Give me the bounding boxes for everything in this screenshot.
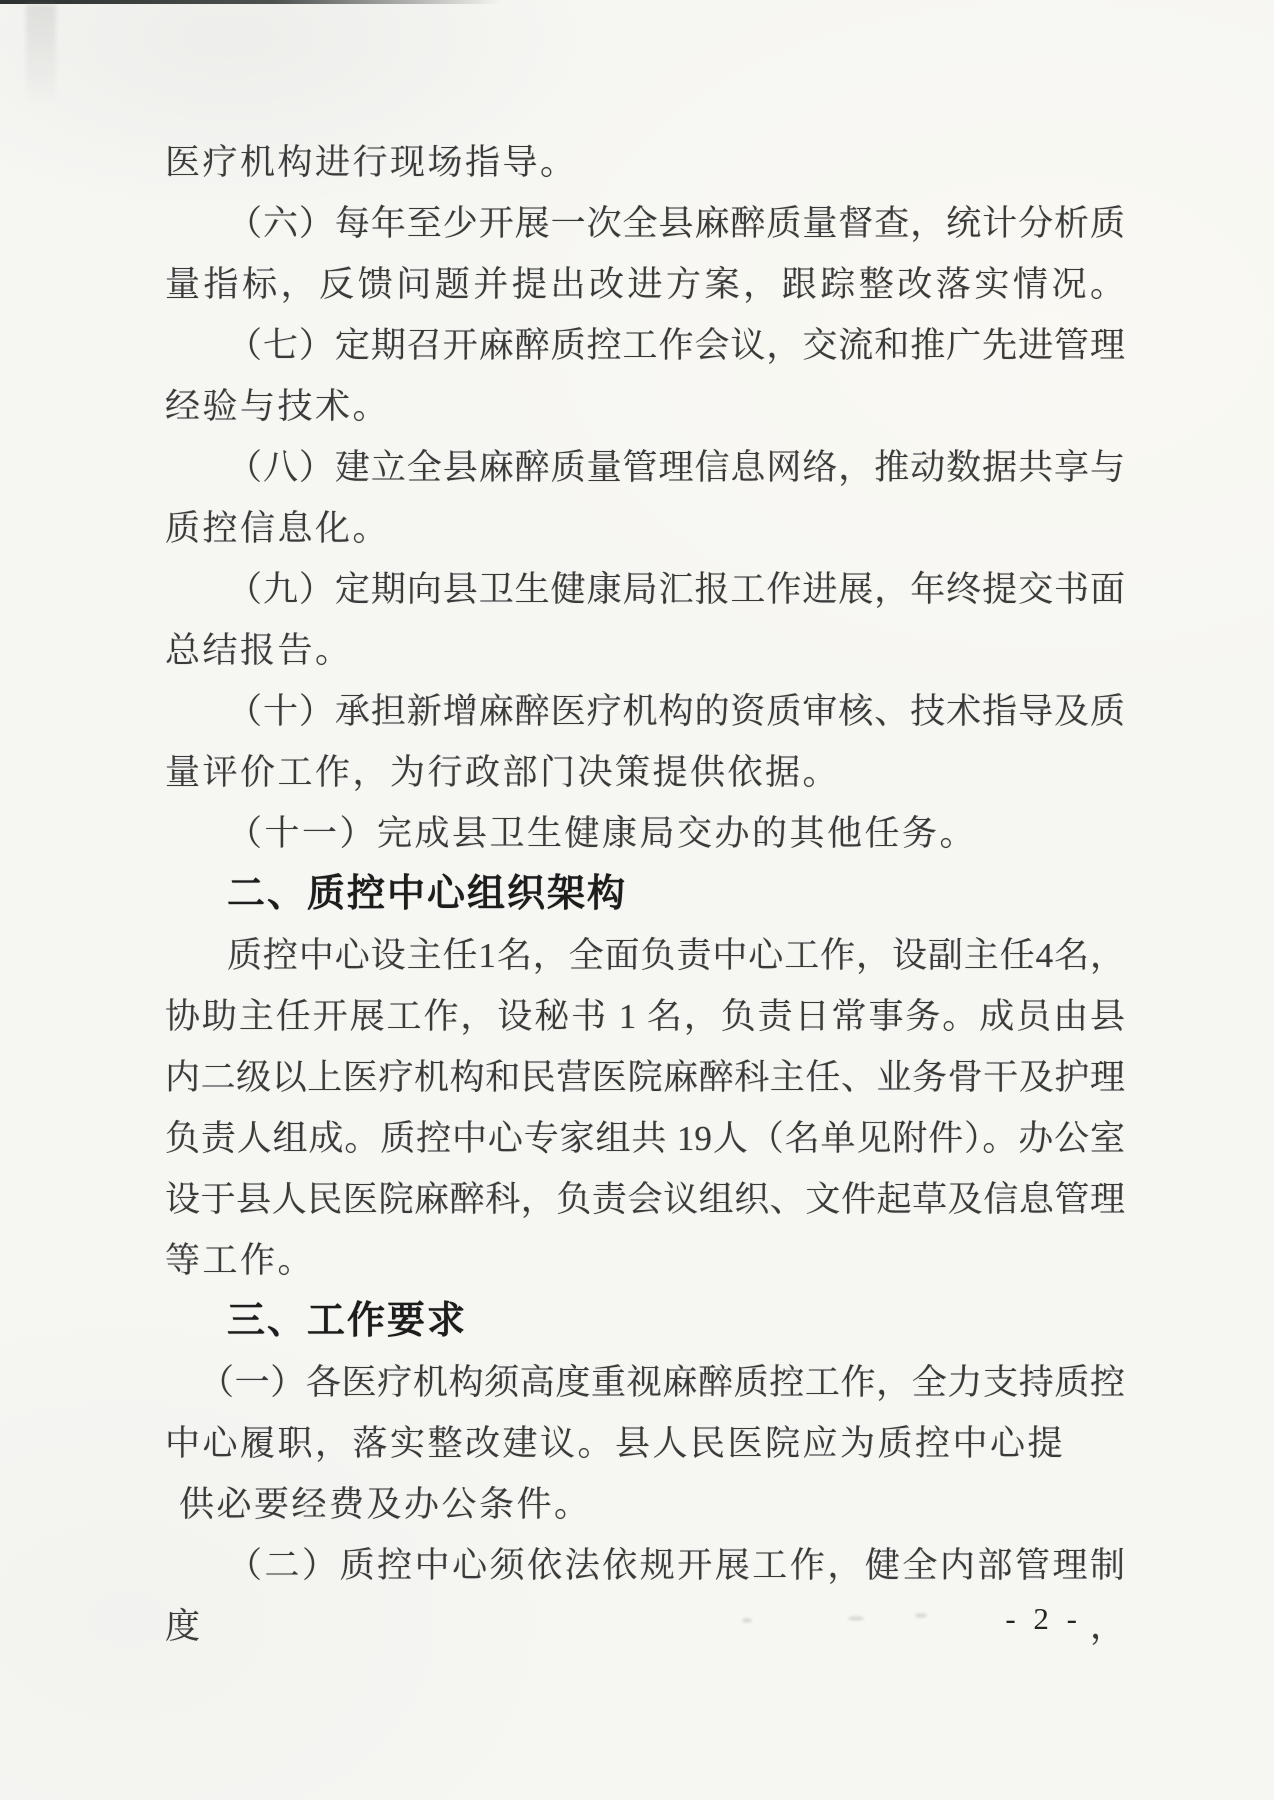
paragraph-line: （二）质控中心须依法依规开展工作，健全内部管理制度，	[165, 1535, 1125, 1596]
page-number: - 2 -	[1005, 1601, 1082, 1637]
paragraph-line: （十一）完成县卫生健康局交办的其他任务。	[165, 803, 1125, 864]
paragraph-line: （十）承担新增麻醉医疗机构的资质审核、技术指导及质	[165, 681, 1125, 742]
paragraph-line: 设于县人民医院麻醉科，负责会议组织、文件起草及信息管理	[165, 1169, 1125, 1230]
scanned-document-page: { "colors": { "paper": "#f6f6f3", "ink":…	[0, 0, 1274, 1800]
paragraph-line: 中心履职，落实整改建议。县人民医院应为质控中心提	[165, 1413, 1125, 1474]
scan-smudge-artifact	[26, 4, 56, 124]
paragraph-line: 总结报告。	[165, 620, 1125, 681]
paragraph-line: 医疗机构进行现场指导。	[165, 132, 1125, 193]
document-text-block: 医疗机构进行现场指导。 （六）每年至少开展一次全县麻醉质量督查，统计分析质 量指…	[165, 132, 1125, 1596]
paragraph-line: （一）各医疗机构须高度重视麻醉质控工作，全力支持质控	[165, 1352, 1125, 1413]
paragraph-line: （八）建立全县麻醉质量管理信息网络，推动数据共享与	[165, 437, 1125, 498]
section-heading: 三、工作要求	[165, 1291, 1125, 1352]
paragraph-line: 经验与技术。	[165, 376, 1125, 437]
scan-top-edge-artifact	[0, 0, 500, 4]
paragraph-line: 等工作。	[165, 1230, 1125, 1291]
paragraph-line: 负责人组成。质控中心专家组共 19人（名单见附件）。办公室	[165, 1108, 1125, 1169]
paragraph-line: 内二级以上医疗机构和民营医院麻醉科主任、业务骨干及护理	[165, 1047, 1125, 1108]
paragraph-line: 量评价工作，为行政部门决策提供依据。	[165, 742, 1125, 803]
paragraph-line: 供必要经费及办公条件。	[165, 1474, 1125, 1535]
paragraph-line: 量指标，反馈问题并提出改进方案，跟踪整改落实情况。	[165, 254, 1125, 315]
paragraph-line: 质控信息化。	[165, 498, 1125, 559]
section-heading: 二、质控中心组织架构	[165, 864, 1125, 925]
paragraph-line: （九）定期向县卫生健康局汇报工作进展，年终提交书面	[165, 559, 1125, 620]
paragraph-line: （六）每年至少开展一次全县麻醉质量督查，统计分析质	[165, 193, 1125, 254]
paragraph-line: 协助主任开展工作，设秘书 1 名，负责日常事务。成员由县	[165, 986, 1125, 1047]
paragraph-line: （七）定期召开麻醉质控工作会议，交流和推广先进管理	[165, 315, 1125, 376]
paragraph-line: 质控中心设主任1名，全面负责中心工作，设副主任4名，	[165, 925, 1125, 986]
